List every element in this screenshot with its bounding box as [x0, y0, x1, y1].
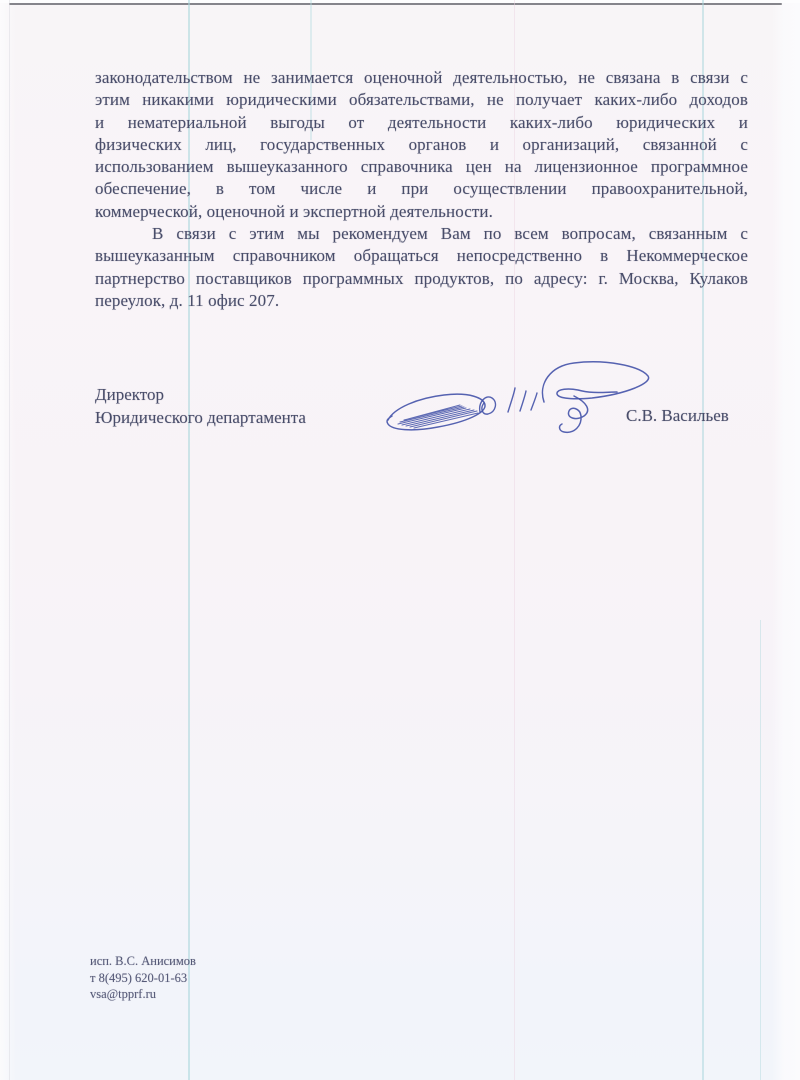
- signature-hatching: [398, 405, 478, 428]
- body-line: коммерческой, оценочной и экспертной дея…: [95, 201, 748, 223]
- signature-midloop: [480, 388, 537, 414]
- executor-phone: т 8(495) 620-01-63: [90, 970, 196, 987]
- body-line: этим никакими юридическими обязательства…: [95, 89, 748, 111]
- signer-title: Директор Юридического департамента: [95, 384, 306, 429]
- body-line: и нематериальной выгоды от деятельности …: [95, 112, 748, 134]
- signer-title-line1: Директор: [95, 384, 306, 407]
- signature-descender: [560, 396, 588, 432]
- executor-email: vsa@tpprf.ru: [90, 986, 196, 1003]
- signature-scribble: [378, 356, 663, 448]
- body-line: переулок, д. 11 офис 207.: [95, 290, 748, 312]
- body-line: партнерство поставщиков программных прод…: [95, 268, 748, 290]
- signature-loop: [542, 362, 648, 402]
- scan-edge-line: [9, 3, 782, 5]
- executor-block: исп. В.С. Анисимов т 8(495) 620-01-63 vs…: [90, 953, 196, 1003]
- scan-edge-left: [9, 0, 10, 1080]
- letter-body: законодательством не занимается оценочно…: [95, 67, 748, 312]
- executor-name: исп. В.С. Анисимов: [90, 953, 196, 970]
- scan-streak: [760, 620, 761, 1080]
- body-line: обеспечение, в том числе и при осуществл…: [95, 178, 748, 200]
- signer-name: С.В. Васильев: [626, 406, 729, 426]
- body-line: физических лиц, государственных органов …: [95, 134, 748, 156]
- body-line: использованием вышеуказанного справочник…: [95, 156, 748, 178]
- body-line: вышеуказанным справочником обращаться не…: [95, 245, 748, 267]
- signer-title-line2: Юридического департамента: [95, 407, 306, 430]
- body-line: законодательством не занимается оценочно…: [95, 67, 748, 89]
- body-line: В связи с этим мы рекомендуем Вам по все…: [95, 223, 748, 245]
- scanned-letter-page: законодательством не занимается оценочно…: [0, 0, 800, 1080]
